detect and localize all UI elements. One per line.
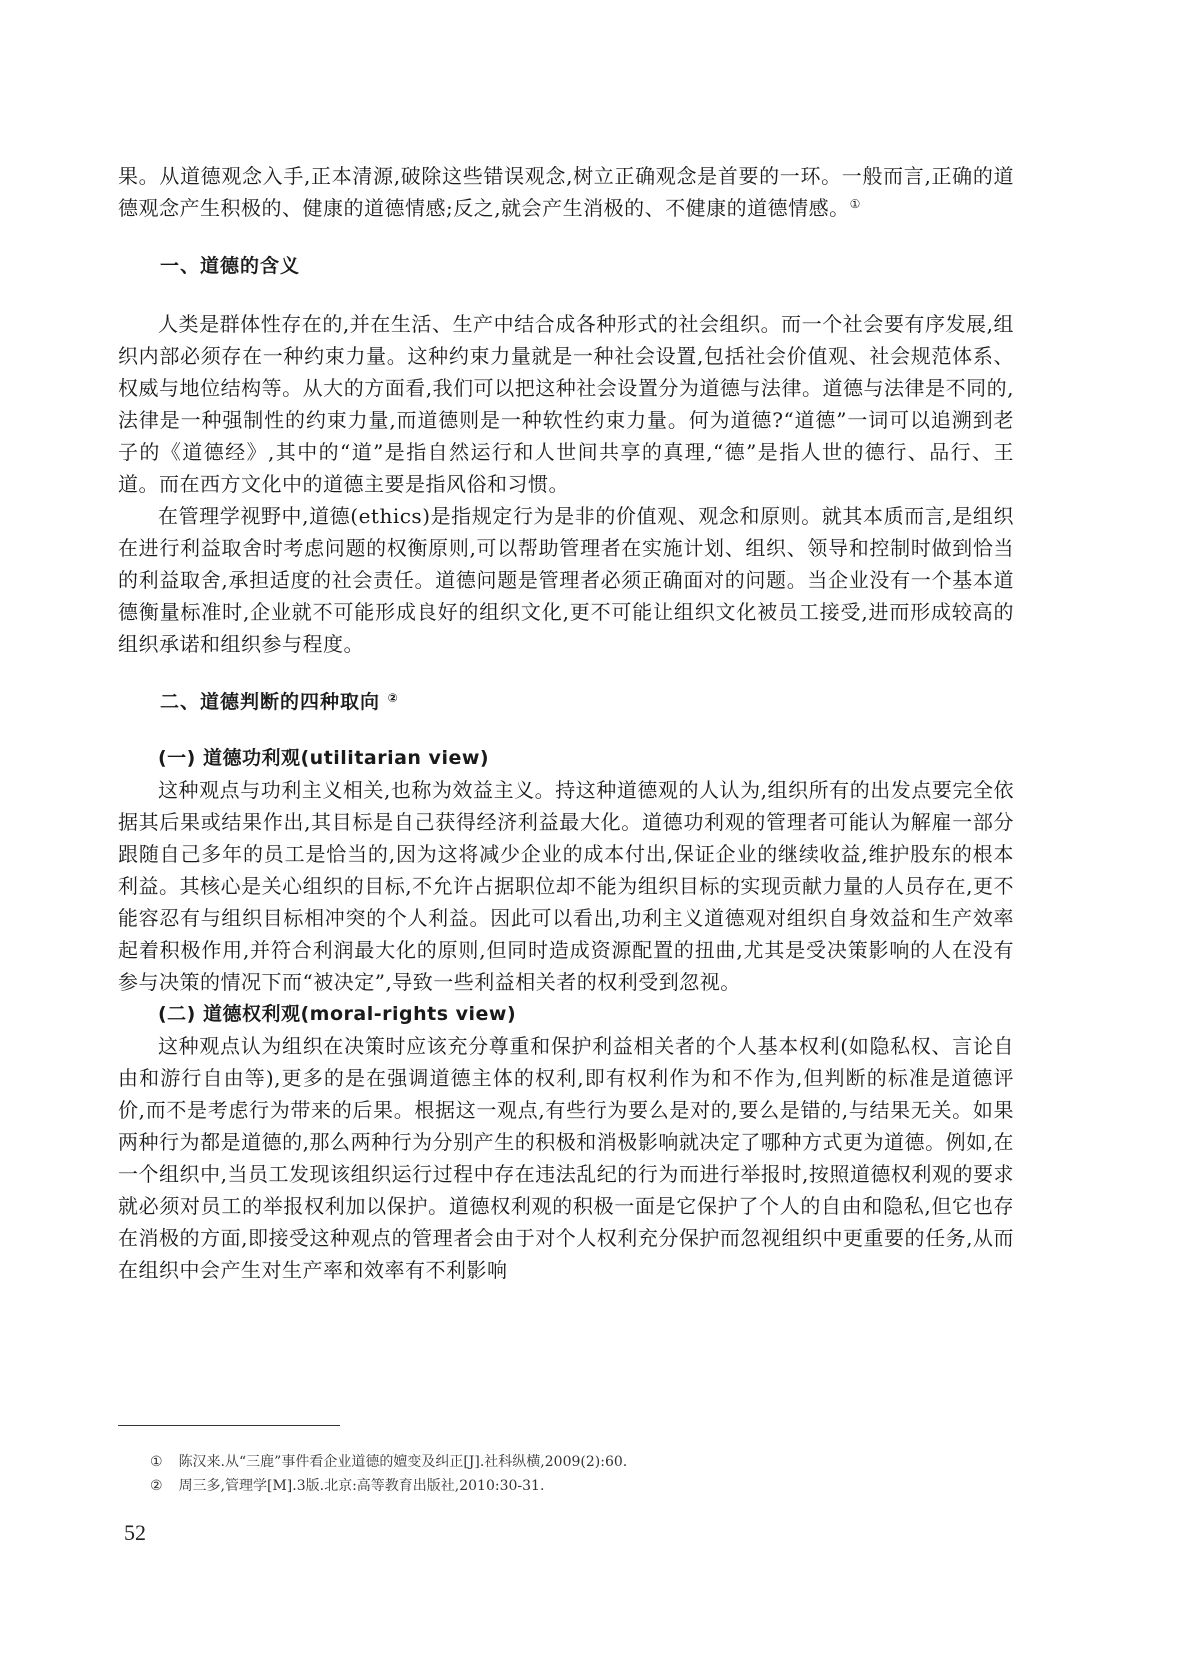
intro-paragraph: 果。从道德观念入手,正本清源,破除这些错误观念,树立正确观念是首要的一环。一般而… (118, 160, 1014, 224)
footnote-2: ② 周三多,管理学[M].3版.北京:高等教育出版社,2010:30-31. (150, 1474, 627, 1498)
subsection-2-paragraph: 这种观点认为组织在决策时应该充分尊重和保护利益相关者的个人基本权利(如隐私权、言… (118, 1030, 1014, 1286)
section-2-heading-text: 二、道德判断的四种取向 (160, 691, 380, 713)
footnote-marker: ② (150, 1474, 163, 1498)
footnote-text: 周三多,管理学[M].3版.北京:高等教育出版社,2010:30-31. (179, 1474, 545, 1498)
footnote-marker: ① (150, 1450, 163, 1474)
subsection-1-paragraph: 这种观点与功利主义相关,也称为效益主义。持这种道德观的人认为,组织所有的出发点要… (118, 774, 1014, 998)
section-2-heading: 二、道德判断的四种取向 ② (160, 686, 1014, 718)
page-body: 果。从道德观念入手,正本清源,破除这些错误观念,树立正确观念是首要的一环。一般而… (118, 160, 1014, 1286)
footnotes: ① 陈汉来.从“三鹿”事件看企业道德的嬗变及纠正[J].社科纵横,2009(2)… (150, 1450, 627, 1498)
section-1-paragraph-1: 人类是群体性存在的,并在生活、生产中结合成各种形式的社会组织。而一个社会要有序发… (118, 308, 1014, 500)
footnote-text: 陈汉来.从“三鹿”事件看企业道德的嬗变及纠正[J].社科纵横,2009(2):6… (179, 1450, 628, 1474)
footnote-ref-2[interactable]: ② (388, 691, 399, 705)
subsection-2-heading: (二) 道德权利观(moral-rights view) (158, 998, 1014, 1030)
subsection-1-heading: (一) 道德功利观(utilitarian view) (158, 742, 1014, 774)
section-1-heading: 一、道德的含义 (160, 250, 1014, 282)
footnote-ref-1[interactable]: ① (850, 197, 861, 211)
footnote-divider (118, 1425, 340, 1426)
page-number: 52 (124, 1520, 146, 1546)
footnote-1: ① 陈汉来.从“三鹿”事件看企业道德的嬗变及纠正[J].社科纵横,2009(2)… (150, 1450, 627, 1474)
section-1-paragraph-2: 在管理学视野中,道德(ethics)是指规定行为是非的价值观、观念和原则。就其本… (118, 500, 1014, 660)
intro-text: 果。从道德观念入手,正本清源,破除这些错误观念,树立正确观念是首要的一环。一般而… (118, 164, 1014, 220)
